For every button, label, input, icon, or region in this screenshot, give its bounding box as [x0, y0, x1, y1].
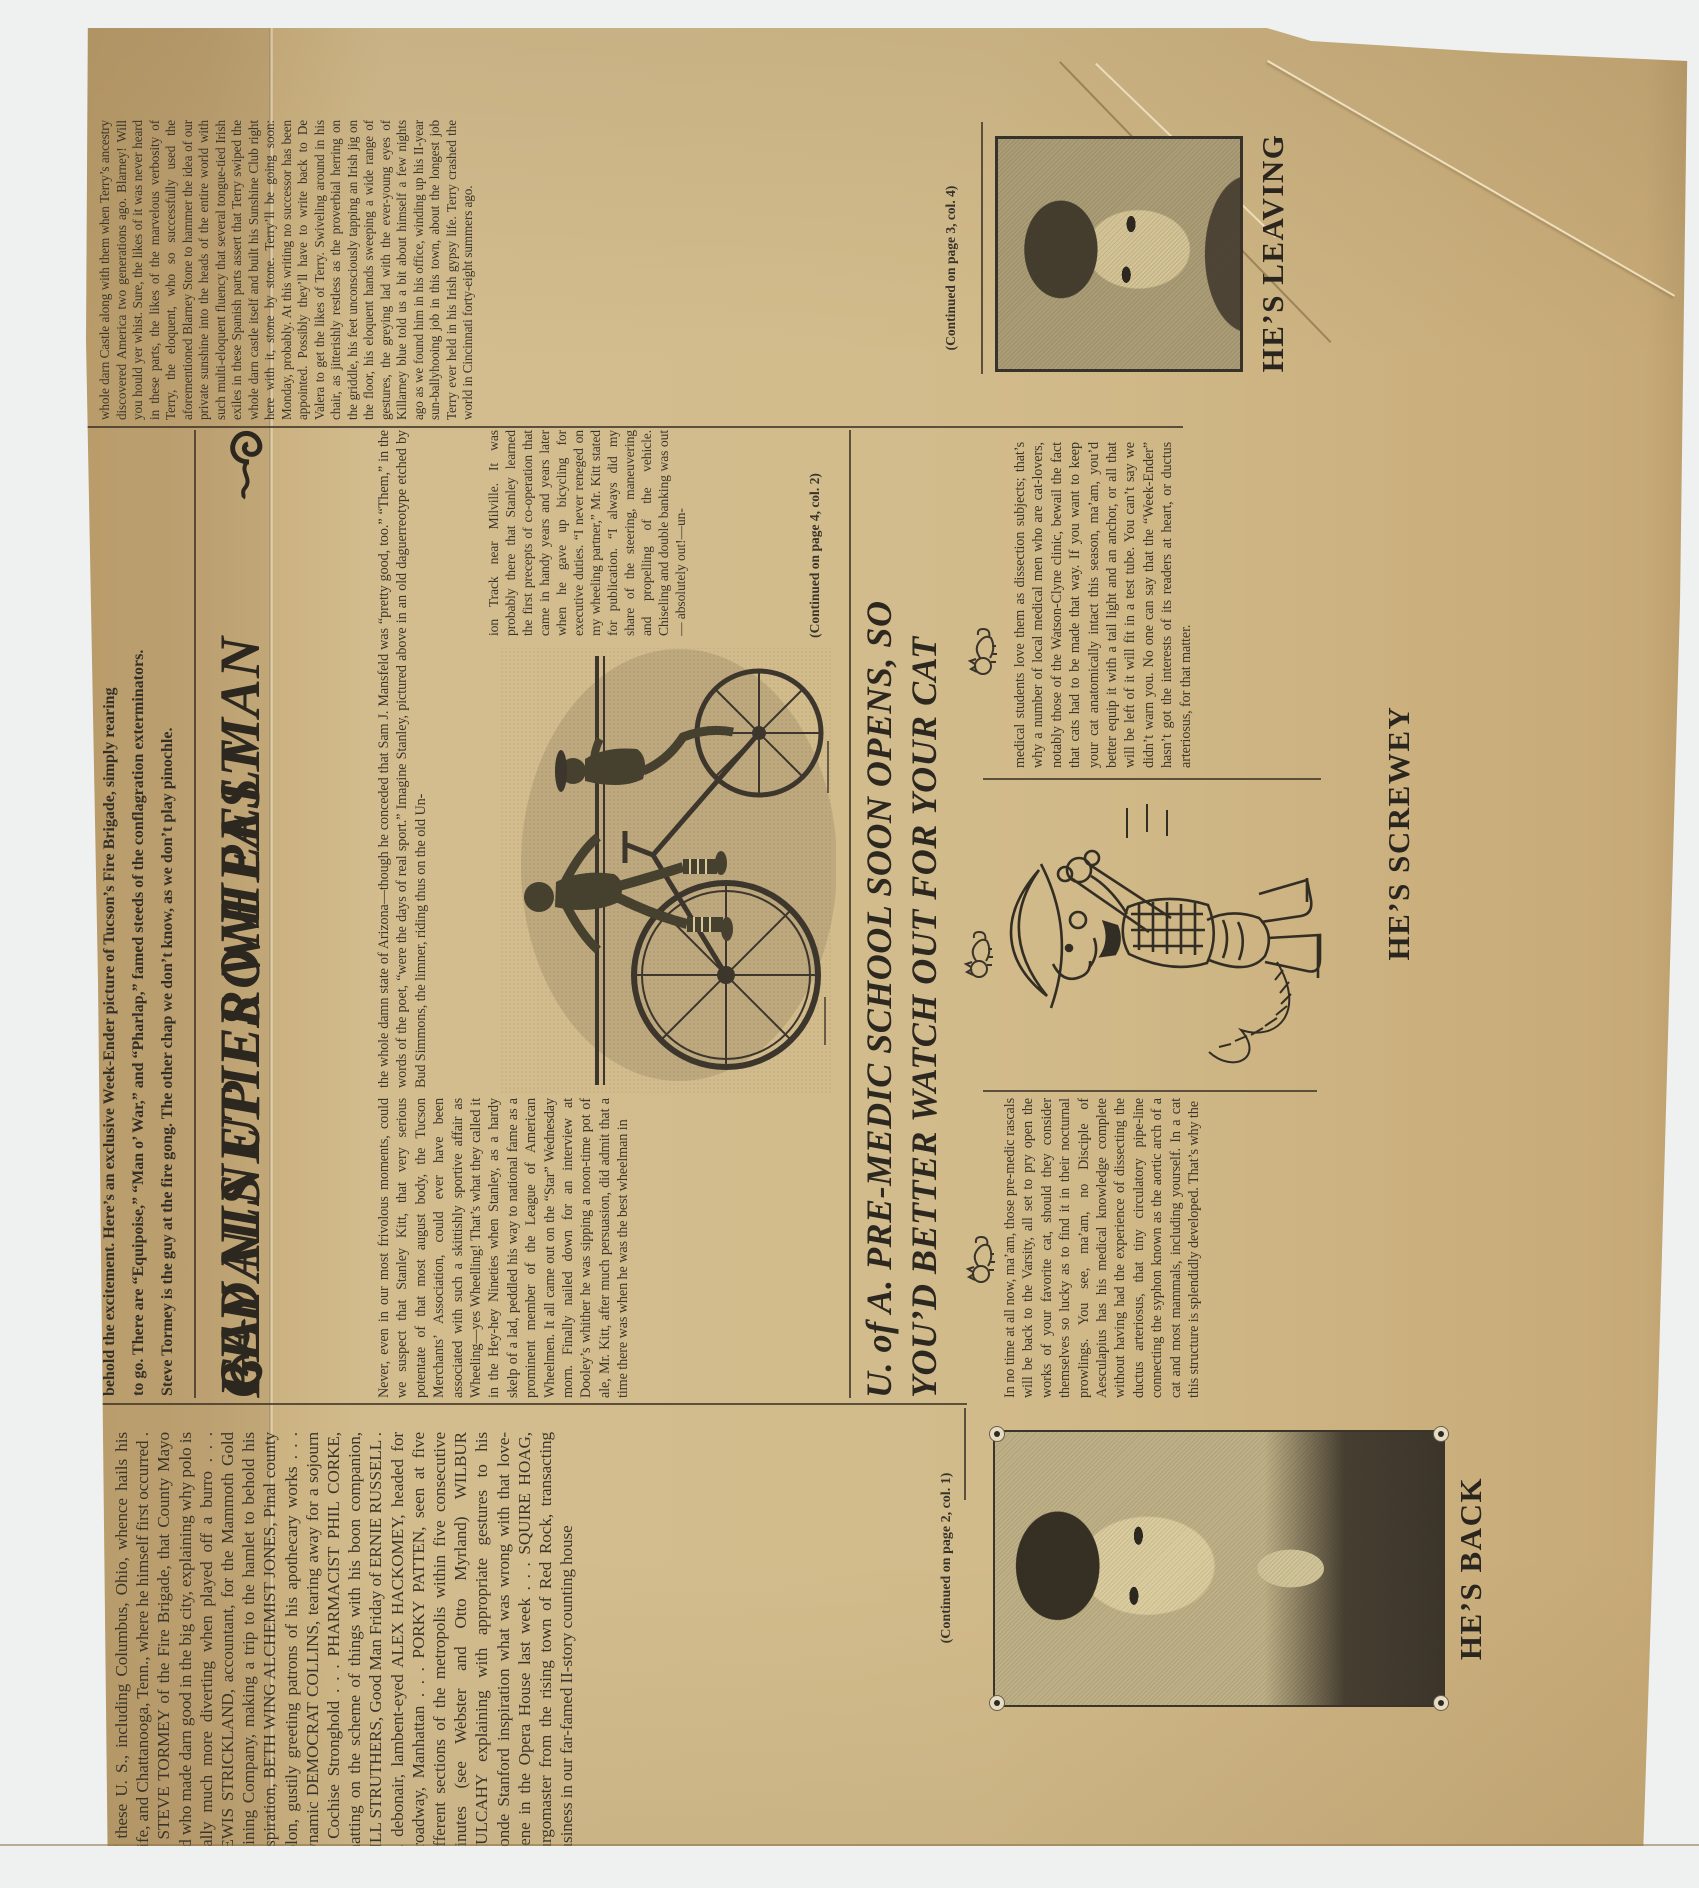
premedic-column-1: In no time at all now, ma’am, those pre-… [1001, 1098, 1323, 1398]
scan-margin-top [0, 0, 1699, 28]
wheelman-column-1: Never, even in our most frivolous moment… [375, 1098, 843, 1398]
premedic-column-2: medical students love them as dissection… [1011, 442, 1329, 768]
photo-caption: HE’S LEAVING [1255, 128, 1291, 378]
hes-leaving-photo [995, 136, 1243, 372]
photo-corner-tack [1433, 1695, 1449, 1711]
cat-dingbat-icon [957, 1230, 999, 1288]
headline-line-1: U. of A. PRE-MEDIC SCHOOL SOON OPENS, SO [857, 430, 902, 1398]
hes-back-photo [993, 1430, 1445, 1707]
photo-caption: HE’S BACK [1453, 1430, 1489, 1707]
photo-corner-tack [1433, 1426, 1449, 1442]
column-rule [983, 1090, 1317, 1092]
photo-corner-tack [989, 1426, 1005, 1442]
premedic-student-cartoon [977, 786, 1373, 1082]
caption-line: behold the excitement. Here’s an exclusi… [95, 430, 124, 1396]
cat-dingbat-icon [959, 622, 1001, 680]
wheelman-lead-paragraph: the whole damn state of Arizona—though h… [375, 430, 475, 1088]
continued-line: (Continued on page 2, col. 1) [939, 1408, 963, 1708]
end-rule [964, 1408, 966, 1500]
tandem-bicycle-engraving [481, 648, 836, 1093]
wheelman-headline: GAY NINETIES WHEELMAN PEDALS UP FROM PAS… [203, 430, 363, 1398]
wheelman-column-2: ion Track near Milville. It was probably… [485, 430, 825, 636]
premedic-headline: U. of A. PRE-MEDIC SCHOOL SOON OPENS, SO… [857, 430, 953, 1398]
section-rule [849, 430, 851, 1398]
paper-edge-shading [1645, 28, 1699, 1888]
headline-line-2: PEDALS UP FROM PAST [203, 741, 279, 1398]
continued-line: (Continued on page 4, col. 2) [807, 428, 829, 683]
scanned-newspaper-page: behold the excitement. Here’s an exclusi… [0, 0, 1699, 1888]
photo-corner-tack [989, 1695, 1005, 1711]
headline-line-2: YOU’D BETTER WATCH OUT FOR YOUR CAT [902, 430, 947, 1398]
photo-rule [981, 122, 983, 374]
fire-brigade-photo-caption: behold the excitement. Here’s an exclusi… [95, 430, 191, 1396]
caption-rule [194, 430, 196, 1398]
caption-line: to go. There are “Equipoise,” “Man o’ Wa… [124, 430, 153, 1396]
caption-line: Steve Tormey is the guy at the fire gong… [153, 430, 182, 1396]
column-rule [91, 1403, 967, 1405]
cartoon-caption: HE’S SCREWEY [1381, 638, 1417, 1028]
continued-line: (Continued on page 3, col. 4) [943, 128, 965, 408]
newspaper-paper: behold the excitement. Here’s an exclusi… [85, 28, 1699, 1888]
terry-column: whole darn Castle along with them when T… [97, 120, 941, 420]
column-rule [983, 778, 1321, 780]
gossip-column: of these U. S., including Columbus, Ohio… [111, 1432, 939, 1860]
